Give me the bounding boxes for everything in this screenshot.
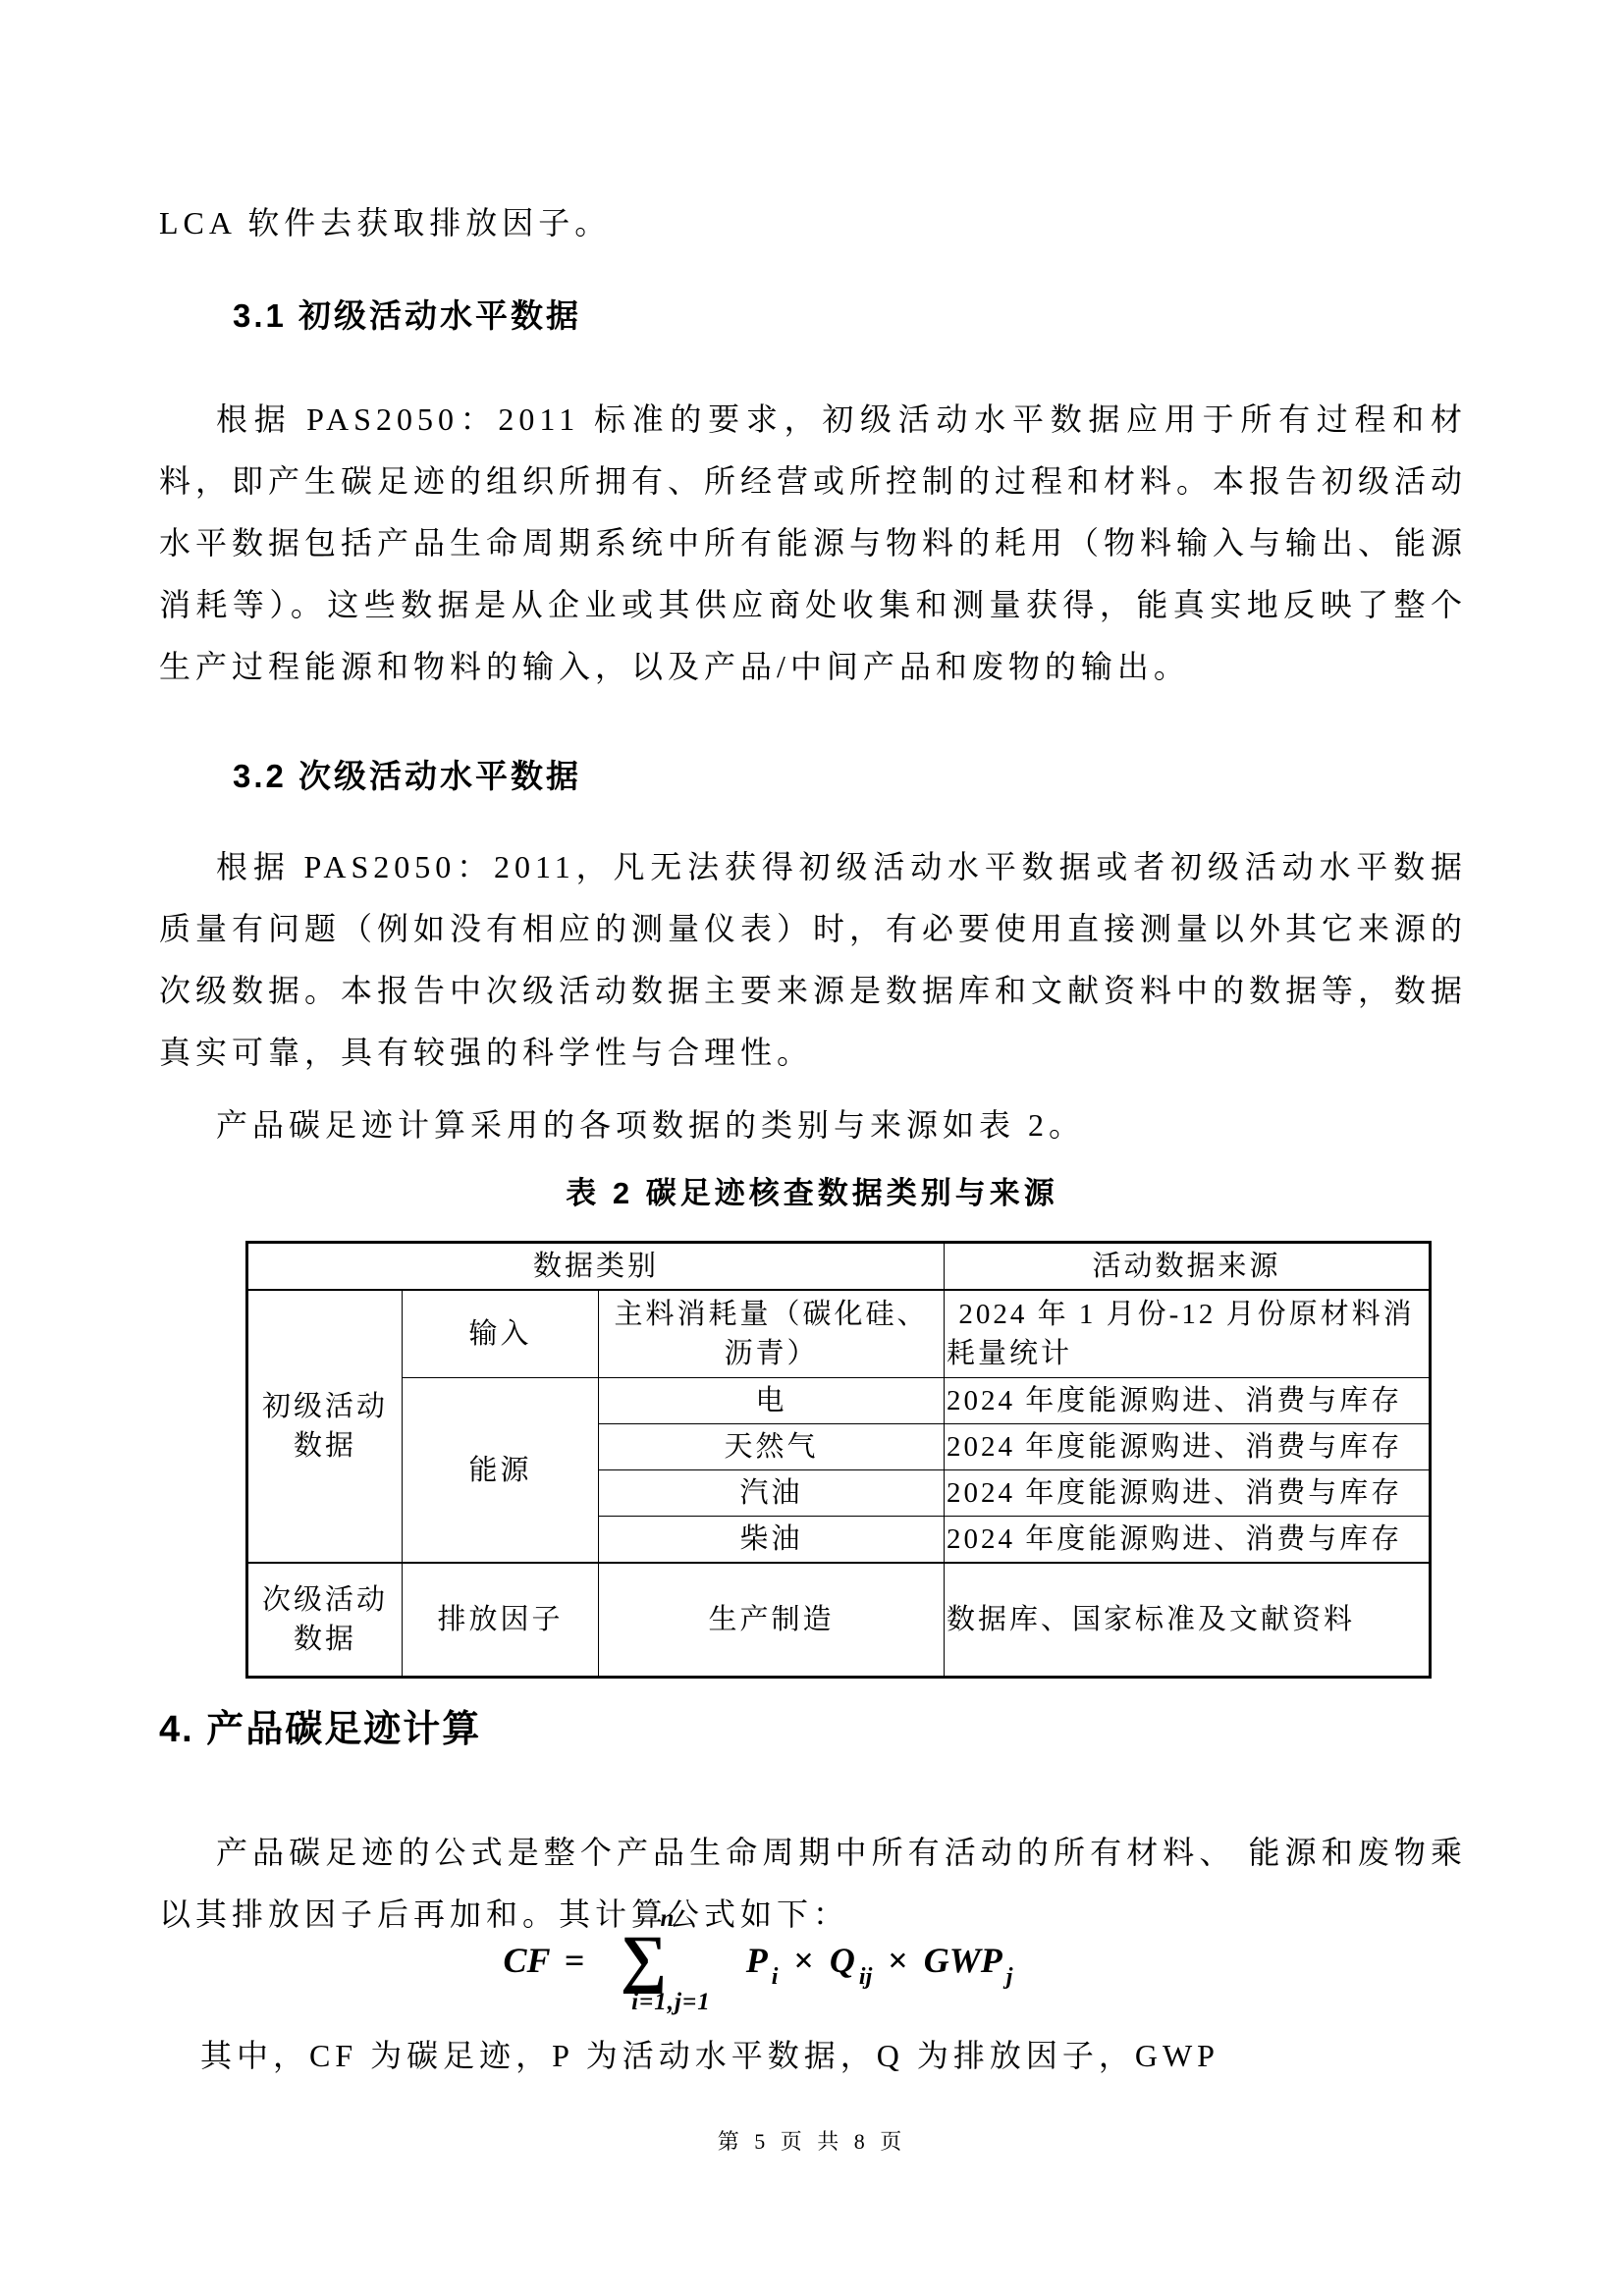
summation: n ∑ i=1,j=1 [604,1906,683,2014]
multiply-sign: × [793,1940,814,1981]
source-cell: 2024 年度能源购进、消费与库存 [945,1378,1431,1424]
summation-lower-limit: i=1,j=1 [631,1990,711,2014]
paragraph-3-1: 根据 PAS2050：2011 标准的要求，初级活动水平数据应用于所有过程和材料… [159,389,1467,698]
intro-line: LCA 软件去获取排放因子。 [159,192,1467,254]
source-cell: 数据库、国家标准及文献资料 [945,1563,1431,1678]
formula-lhs: CF [504,1940,551,1981]
source-cell: 2024 年度能源购进、消费与库存 [945,1470,1431,1517]
subgroup-cell-emission-factor: 排放因子 [403,1563,599,1678]
formula-terms: P i × Q ij × GWP j [746,1940,1013,1981]
table-row: 能源 电 2024 年度能源购进、消费与库存 [247,1378,1431,1424]
item-cell: 天然气 [599,1424,945,1470]
subgroup-cell-energy: 能源 [403,1378,599,1564]
page-number-footer: 第 5 页 共 8 页 [0,2125,1624,2156]
table-row: 初级活动数据 输入 主料消耗量（碳化硅、沥青） 2024 年 1 月份-12 月… [247,1290,1431,1378]
term-p: P [746,1940,768,1981]
heading-3-1: 3.1 初级活动水平数据 [233,294,581,339]
data-source-table: 数据类别 活动数据来源 初级活动数据 输入 主料消耗量（碳化硅、沥青） 2024… [245,1241,1432,1679]
item-cell: 电 [599,1378,945,1424]
formula-note: 其中，CF 为碳足迹，P 为活动水平数据，Q 为排放因子，GWP [159,2025,1467,2087]
table-header-row: 数据类别 活动数据来源 [247,1243,1431,1291]
formula-expression: CF = n ∑ i=1,j=1 P i × Q ij × GWP j [504,1906,1013,2014]
summation-upper-limit: n [660,1906,674,1931]
group-cell-primary: 初级活动数据 [247,1290,403,1563]
header-cell-source: 活动数据来源 [945,1243,1431,1291]
item-cell: 汽油 [599,1470,945,1517]
item-cell: 主料消耗量（碳化硅、沥青） [599,1290,945,1378]
group-cell-secondary: 次级活动数据 [247,1563,403,1678]
item-cell: 生产制造 [599,1563,945,1678]
carbon-footprint-formula: CF = n ∑ i=1,j=1 P i × Q ij × GWP j [0,1906,1624,2014]
source-cell: 2024 年 1 月份-12 月份原材料消耗量统计 [945,1290,1431,1378]
sigma-symbol: ∑ [621,1933,667,1986]
paragraph-3-2: 根据 PAS2050：2011，凡无法获得初级活动水平数据或者初级活动水平数据质… [159,836,1467,1084]
source-cell: 2024 年度能源购进、消费与库存 [945,1517,1431,1564]
term-p-subscript: i [772,1964,779,1991]
item-cell: 柴油 [599,1517,945,1564]
multiply-sign: × [888,1940,908,1981]
header-cell-category: 数据类别 [247,1243,945,1291]
table-row: 次级活动数据 排放因子 生产制造 数据库、国家标准及文献资料 [247,1563,1431,1678]
term-q: Q [830,1940,855,1981]
heading-3-2: 3.2 次级活动水平数据 [233,754,581,799]
term-gwp: GWP [924,1940,1002,1981]
term-q-subscript: ij [859,1964,872,1991]
subgroup-cell-input: 输入 [403,1290,599,1378]
equals-sign: = [565,1940,585,1981]
document-page: LCA 软件去获取排放因子。 3.1 初级活动水平数据 根据 PAS2050：2… [0,0,1624,2296]
heading-4: 4. 产品碳足迹计算 [159,1704,481,1755]
table-intro-line: 产品碳足迹计算采用的各项数据的类别与来源如表 2。 [159,1095,1467,1156]
table-caption: 表 2 碳足迹核查数据类别与来源 [0,1172,1624,1215]
term-gwp-subscript: j [1006,1964,1013,1991]
source-cell: 2024 年度能源购进、消费与库存 [945,1424,1431,1470]
